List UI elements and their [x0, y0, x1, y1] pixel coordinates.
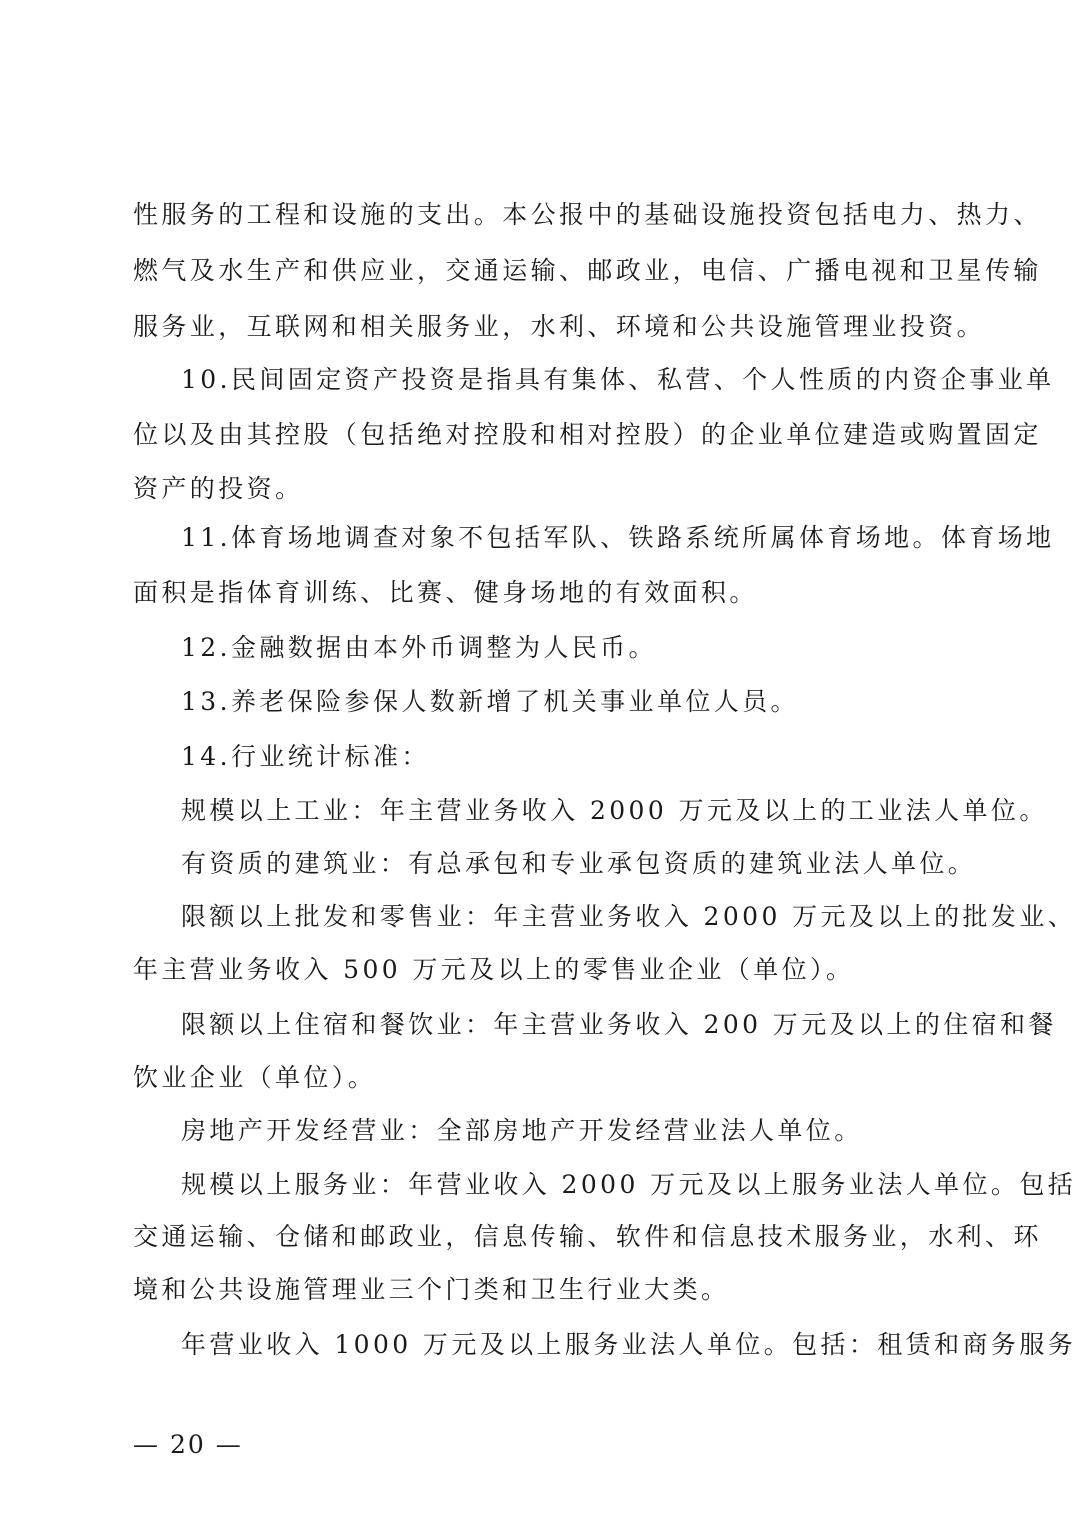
standard-construction: 有资质的建筑业：有总承包和专业承包资质的建筑业法人单位。 [181, 849, 943, 879]
page-number: — 20 — [133, 1430, 243, 1460]
text-line-1: 性服务的工程和设施的支出。本公报中的基础设施投资包括电力、热力、 [133, 200, 943, 230]
standard-real-estate: 房地产开发经营业：全部房地产开发经营业法人单位。 [181, 1116, 943, 1146]
standard-accommodation-line-1: 限额以上住宿和餐饮业：年主营业务收入 200 万元及以上的住宿和餐 [181, 1010, 943, 1040]
text-line-2: 燃气及水生产和供应业，交通运输、邮政业，电信、广播电视和卫星传输 [133, 256, 943, 286]
item-13: 13.养老保险参保人数新增了机关事业单位人员。 [181, 687, 943, 717]
document-page: 性服务的工程和设施的支出。本公报中的基础设施投资包括电力、热力、 燃气及水生产和… [0, 0, 1074, 1520]
item-10-line-3: 资产的投资。 [133, 474, 943, 504]
item-11-line-2: 面积是指体育训练、比赛、健身场地的有效面积。 [133, 578, 943, 608]
standard-accommodation-line-2: 饮业企业（单位）。 [133, 1063, 943, 1093]
standard-industry: 规模以上工业：年主营业务收入 2000 万元及以上的工业法人单位。 [181, 796, 943, 826]
item-14-heading: 14.行业统计标准： [181, 742, 943, 772]
standard-services-line-2: 交通运输、仓储和邮政业，信息传输、软件和信息技术服务业，水利、环 [133, 1222, 943, 1252]
item-10-line-1: 10.民间固定资产投资是指具有集体、私营、个人性质的内资企事业单 [181, 365, 943, 395]
standard-services-line-3: 境和公共设施管理业三个门类和卫生行业大类。 [133, 1275, 943, 1305]
standard-services-line-1: 规模以上服务业：年营业收入 2000 万元及以上服务业法人单位。包括： [181, 1170, 943, 1200]
standard-services-1000-line-1: 年营业收入 1000 万元及以上服务业法人单位。包括：租赁和商务服务 [181, 1330, 943, 1360]
standard-wholesale-retail-line-2: 年主营业务收入 500 万元及以上的零售业企业（单位）。 [133, 955, 943, 985]
item-10-line-2: 位以及由其控股（包括绝对控股和相对控股）的企业单位建造或购置固定 [133, 420, 943, 450]
item-12: 12.金融数据由本外币调整为人民币。 [181, 633, 943, 663]
item-11-line-1: 11.体育场地调查对象不包括军队、铁路系统所属体育场地。体育场地 [181, 523, 943, 553]
standard-wholesale-retail-line-1: 限额以上批发和零售业：年主营业务收入 2000 万元及以上的批发业、 [181, 902, 943, 932]
text-line-3: 服务业，互联网和相关服务业，水利、环境和公共设施管理业投资。 [133, 312, 943, 342]
